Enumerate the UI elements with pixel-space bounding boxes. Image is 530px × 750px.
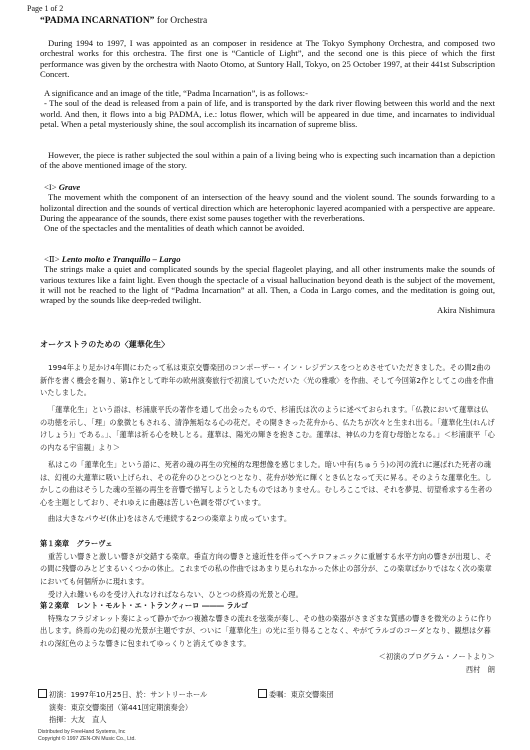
movement-body: The strings make a quiet and complicated… (40, 264, 495, 305)
premiere-text: 初演：1997年10月25日、於：サントリーホール (49, 690, 207, 699)
movement-number: <I> (44, 182, 57, 192)
jp-movement-body: 特殊なフラジオレット奏によって静かでかつ複雑な響きの流れを弦楽が奏し、その他の楽… (40, 613, 495, 651)
signature: Akira Nishimura (40, 305, 495, 315)
source-note: ＜初演のプログラム・ノートより＞ (40, 651, 495, 664)
conductor-line: 指揮：大友 直人 (38, 714, 207, 727)
title-sub: for Orchestra (154, 16, 207, 26)
movement-heading: <I> Grave (40, 182, 495, 192)
document-title: “PADMA INCARNATION” for Orchestra (40, 16, 207, 26)
movement-2-japanese: 第２楽章 レント・モルト・エ・トランクィーロ ――― ラルゴ 特殊なフラジオレッ… (40, 600, 495, 651)
movement-title: Lento molto e Tranquillo – Largo (62, 254, 181, 264)
footer: Distributed by FreeHand Systems, Inc Cop… (38, 729, 136, 743)
movement-heading: <Ⅱ> Lento molto e Tranquillo – Largo (40, 254, 495, 264)
japanese-para-2: 「蓮華化生」という語は、杉浦康平氏の著作を通して出会ったもので、杉浦氏は次のよう… (40, 404, 495, 455)
japanese-paragraph: 私はこの「蓮華化生」という語に、死者の魂の再生の究極的な理想像を感じました。暗い… (40, 459, 495, 510)
commission-text: 委嘱：東京交響楽団 (269, 690, 334, 699)
source-attribution: ＜初演のプログラム・ノートより＞ 西村 朗 (40, 651, 495, 676)
movement-1-english: <I> Grave The movement whith the compone… (40, 182, 495, 233)
significance-lead: A significance and an image of the title… (40, 88, 495, 98)
jp-movement-heading: 第２楽章 レント・モルト・エ・トランクィーロ ――― ラルゴ (40, 600, 495, 613)
japanese-para-4: 曲は大きなパウゼ(休止)をはさんで連続する2つの楽章より成っています。 (40, 513, 495, 526)
title-main: “PADMA INCARNATION” (40, 16, 154, 26)
however-paragraph: However, the piece is rather subjected t… (40, 150, 495, 171)
japanese-title: オーケストラのための〈蓮華化生〉 (40, 339, 495, 352)
premiere-info: 初演：1997年10月25日、於：サントリーホール 演奏：東京交響楽団（第441… (38, 689, 207, 727)
movement-2-english: <Ⅱ> Lento molto e Tranquillo – Largo The… (40, 254, 495, 316)
premiere-line: 初演：1997年10月25日、於：サントリーホール (38, 689, 207, 702)
english-significance: A significance and an image of the title… (40, 88, 495, 129)
japanese-para-1: 1994年より足かけ4年間にわたって私は東京交響楽団のコンポーザー・イン・レジデ… (40, 362, 495, 400)
checkbox-icon (258, 689, 267, 698)
distributor-text: Distributed by FreeHand Systems, Inc (38, 729, 136, 736)
checkbox-icon (38, 689, 47, 698)
japanese-paragraph: 曲は大きなパウゼ(休止)をはさんで連続する2つの楽章より成っています。 (40, 513, 495, 526)
japanese-paragraph: 「蓮華化生」という語は、杉浦康平氏の著作を通して出会ったもので、杉浦氏は次のよう… (40, 404, 495, 455)
commission-info: 委嘱：東京交響楽団 (258, 689, 334, 702)
japanese-title-block: オーケストラのための〈蓮華化生〉 (40, 339, 495, 352)
japanese-author: 西村 朗 (40, 664, 495, 677)
performers-line: 演奏：東京交響楽団（第441回定期演奏会） (38, 702, 207, 715)
jp-movement-heading: 第１楽章 グラーヴェ (40, 538, 495, 551)
english-intro: During 1994 to 1997, I was appointed as … (40, 38, 495, 79)
page-indicator: Page 1 of 2 (27, 4, 63, 13)
movement-number: <Ⅱ> (44, 254, 60, 264)
movement-title: Grave (59, 182, 80, 192)
significance-body: - The soul of the dead is released from … (40, 98, 495, 129)
japanese-paragraph: 1994年より足かけ4年間にわたって私は東京交響楽団のコンポーザー・イン・レジデ… (40, 362, 495, 400)
movement-extra: One of the spectacles and the mentalitie… (40, 223, 495, 233)
movement-1-japanese: 第１楽章 グラーヴェ 重苦しい響きと激しい響きが交錯する楽章。垂直方向の響きと遠… (40, 538, 495, 602)
japanese-para-3: 私はこの「蓮華化生」という語に、死者の魂の再生の究極的な理想像を感じました。暗い… (40, 459, 495, 510)
intro-paragraph: During 1994 to 1997, I was appointed as … (40, 38, 495, 79)
movement-body: The movement whith the component of an i… (40, 192, 495, 223)
english-however: However, the piece is rather subjected t… (40, 150, 495, 171)
jp-movement-body: 重苦しい響きと激しい響きが交錯する楽章。垂直方向の響きと遠近性を伴ってヘテロフォ… (40, 551, 495, 589)
copyright-text: Copyright © 1997 ZEN-ON Music Co., Ltd. (38, 736, 136, 743)
